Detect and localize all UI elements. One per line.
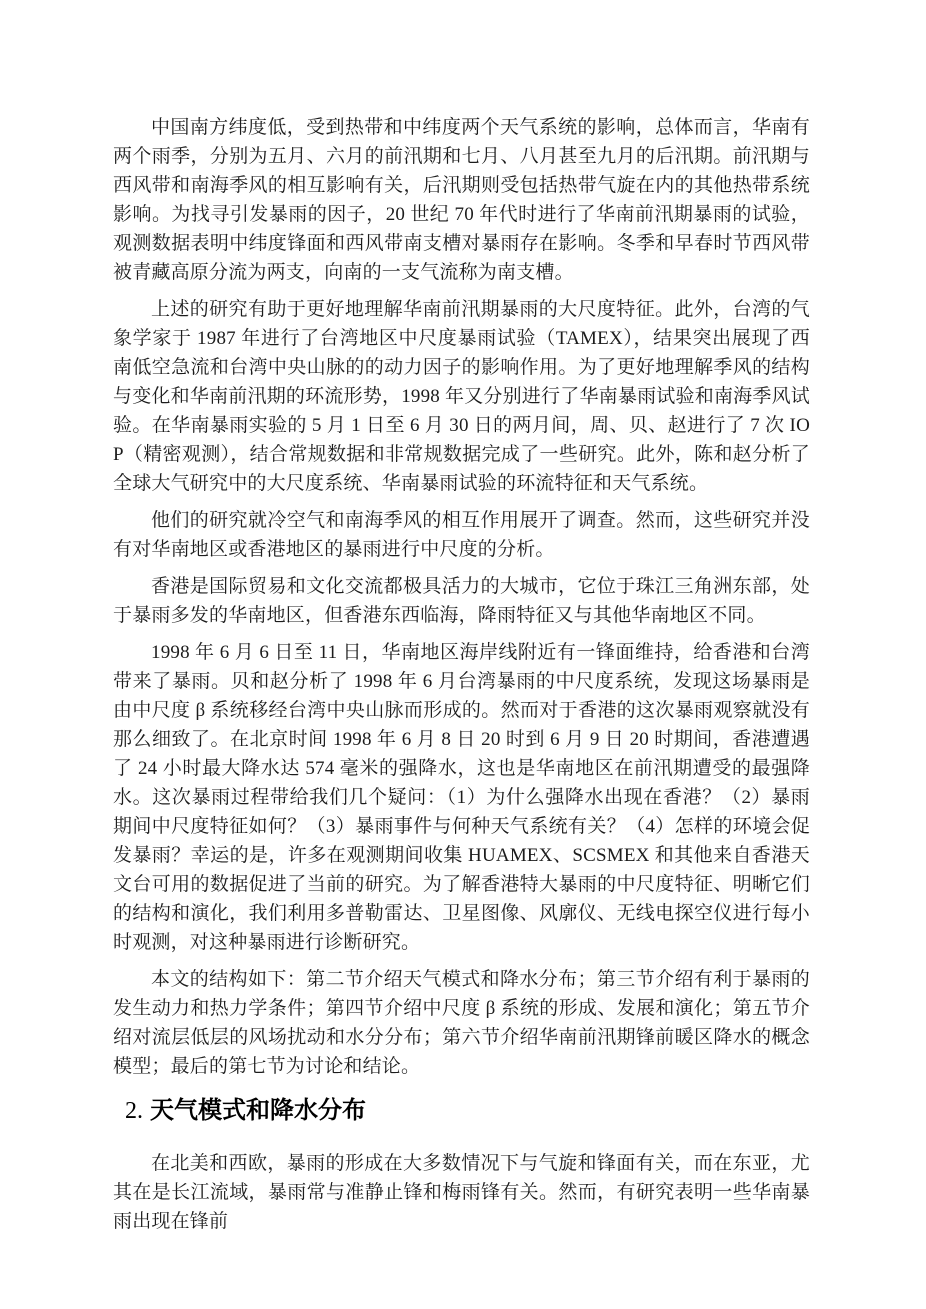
section-2-heading: 2.天气模式和降水分布 xyxy=(125,1095,810,1127)
section-number: 2. xyxy=(125,1098,143,1124)
paragraph-intro-2: 上述的研究有助于更好地理解华南前汛期暴雨的大尺度特征。此外，台湾的气象学家于 1… xyxy=(113,295,810,498)
paragraph-intro-6: 本文的结构如下：第二节介绍天气模式和降水分布；第三节介绍有利于暴雨的发生动力和热… xyxy=(113,965,810,1081)
document-page: 中国南方纬度低，受到热带和中纬度两个天气系统的影响，总体而言，华南有两个雨季，分… xyxy=(0,0,926,1309)
paragraph-intro-3: 他们的研究就冷空气和南海季风的相互作用展开了调查。然而，这些研究并没有对华南地区… xyxy=(113,506,810,564)
paragraph-intro-4: 香港是国际贸易和文化交流都极具活力的大城市，它位于珠江三角洲东部，处于暴雨多发的… xyxy=(113,572,810,630)
paragraph-intro-1: 中国南方纬度低，受到热带和中纬度两个天气系统的影响，总体而言，华南有两个雨季，分… xyxy=(113,113,810,287)
paragraph-section2-1: 在北美和西欧，暴雨的形成在大多数情况下与气旋和锋面有关，而在东亚，尤其在是长江流… xyxy=(113,1149,810,1236)
paragraph-intro-5: 1998 年 6 月 6 日至 11 日，华南地区海岸线附近有一锋面维持，给香港… xyxy=(113,638,810,957)
section-title: 天气模式和降水分布 xyxy=(150,1097,366,1124)
